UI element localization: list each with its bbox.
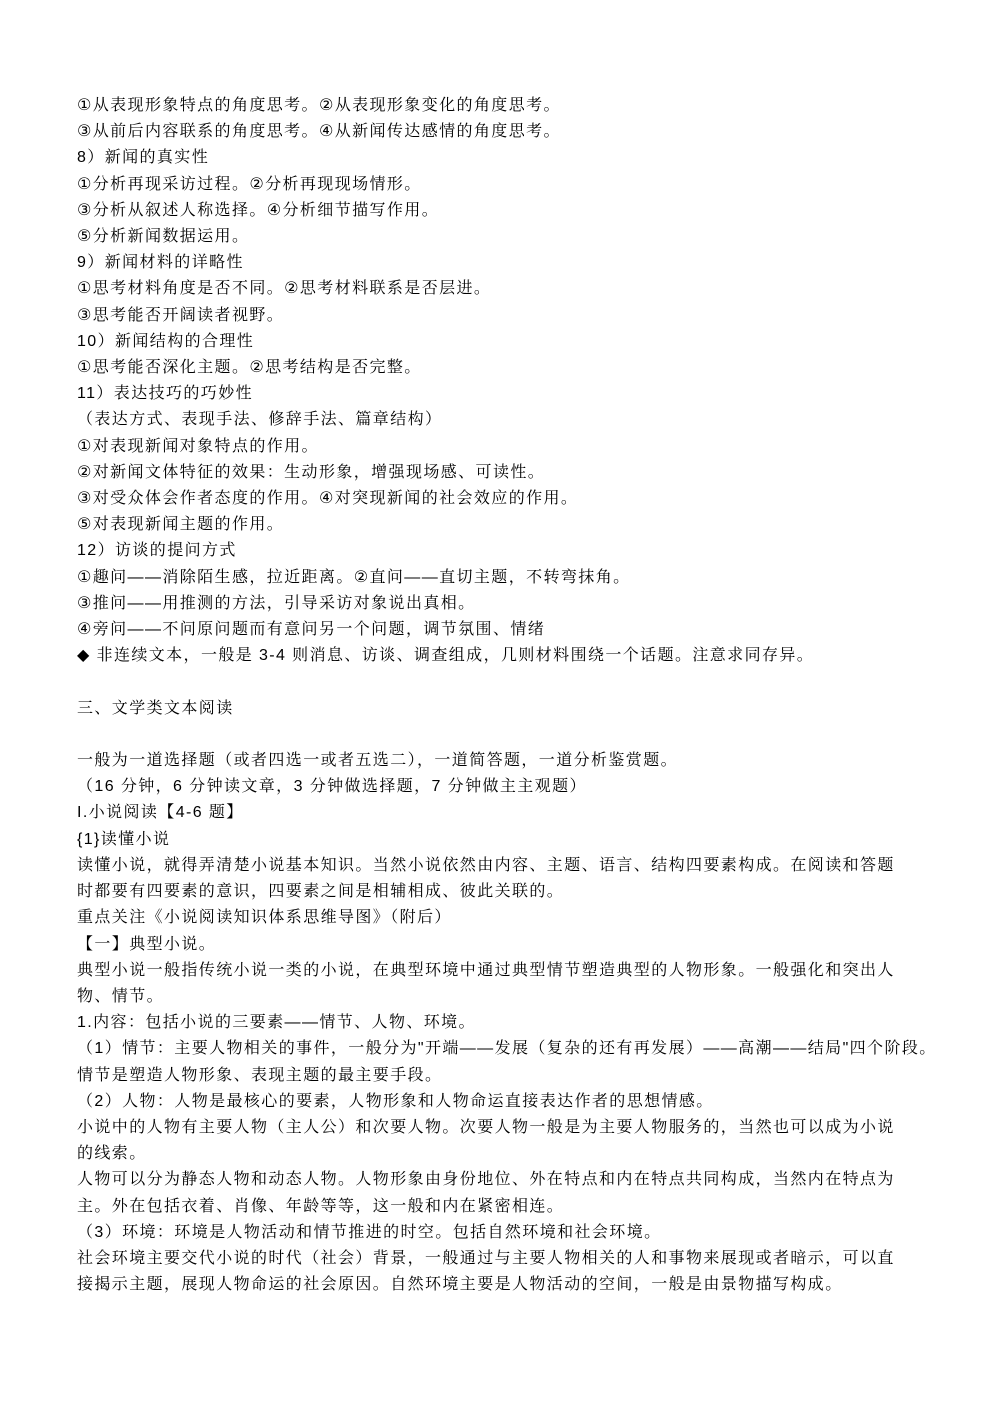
text-line: 三、文学类文本阅读 <box>77 696 962 722</box>
text-line: 典型小说一般指传统小说一类的小说，在典型环境中通过典型情节塑造典型的人物形象。一… <box>77 958 962 984</box>
text-line: 人物可以分为静态人物和动态人物。人物形象由身份地位、外在特点和内在特点共同构成，… <box>77 1167 962 1193</box>
text-line: ①分析再现采访过程。②分析再现现场情形。 <box>77 172 962 198</box>
text-line: ③分析从叙述人称选择。④分析细节描写作用。 <box>77 198 962 224</box>
text-line: （3）环境：环境是人物活动和情节推进的时空。包括自然环境和社会环境。 <box>77 1220 962 1246</box>
text-line: ①趣问——消除陌生感，拉近距离。②直问——直切主题，不转弯抹角。 <box>77 565 962 591</box>
text-line <box>77 722 962 748</box>
text-line: 9）新闻材料的详略性 <box>77 250 962 276</box>
text-line: 接揭示主题，展现人物命运的社会原因。自然环境主要是人物活动的空间，一般是由景物描… <box>77 1272 962 1298</box>
text-line: 【一】典型小说。 <box>77 932 962 958</box>
text-line: 物、情节。 <box>77 984 962 1010</box>
text-line: {1}读懂小说 <box>77 827 962 853</box>
text-line: ⑤对表现新闻主题的作用。 <box>77 512 962 538</box>
text-line: 10）新闻结构的合理性 <box>77 329 962 355</box>
text-line: ①对表现新闻对象特点的作用。 <box>77 434 962 460</box>
text-line: ③对受众体会作者态度的作用。④对突现新闻的社会效应的作用。 <box>77 486 962 512</box>
text-line: ③推问——用推测的方法，引导采访对象说出真相。 <box>77 591 962 617</box>
text-line: 1.内容：包括小说的三要素——情节、人物、环境。 <box>77 1010 962 1036</box>
text-line: 主。外在包括衣着、肖像、年龄等等，这一般和内在紧密相连。 <box>77 1194 962 1220</box>
text-line: 8）新闻的真实性 <box>77 145 962 171</box>
text-line: 时都要有四要素的意识，四要素之间是相辅相成、彼此关联的。 <box>77 879 962 905</box>
text-line: （16 分钟，6 分钟读文章，3 分钟做选择题，7 分钟做主主观题） <box>77 774 962 800</box>
text-line: （1）情节：主要人物相关的事件，一般分为"开端——发展（复杂的还有再发展）——高… <box>77 1036 962 1062</box>
text-line: 小说中的人物有主要人物（主人公）和次要人物。次要人物一般是为主要人物服务的，当然… <box>77 1115 962 1141</box>
text-line: 12）访谈的提问方式 <box>77 538 962 564</box>
text-line <box>77 669 962 695</box>
text-line: ⑤分析新闻数据运用。 <box>77 224 962 250</box>
text-line: I.小说阅读【4-6 题】 <box>77 800 962 826</box>
text-line: 社会环境主要交代小说的时代（社会）背景，一般通过与主要人物相关的人和事物来展现或… <box>77 1246 962 1272</box>
text-line: ◆ 非连续文本，一般是 3-4 则消息、访谈、调查组成，几则材料围绕一个话题。注… <box>77 643 962 669</box>
text-line: ④旁问——不问原问题而有意问另一个问题，调节氛围、情绪 <box>77 617 962 643</box>
text-line: ①从表现形象特点的角度思考。②从表现形象变化的角度思考。 <box>77 93 962 119</box>
text-line: （2）人物：人物是最核心的要素，人物形象和人物命运直接表达作者的思想情感。 <box>77 1089 962 1115</box>
text-line: 11）表达技巧的巧妙性 <box>77 381 962 407</box>
document-page: ①从表现形象特点的角度思考。②从表现形象变化的角度思考。③从前后内容联系的角度思… <box>0 0 992 1403</box>
text-line: 一般为一道选择题（或者四选一或者五选二），一道简答题，一道分析鉴赏题。 <box>77 748 962 774</box>
text-line: ①思考材料角度是否不同。②思考材料联系是否层进。 <box>77 276 962 302</box>
text-line: 重点关注《小说阅读知识体系思维导图》（附后） <box>77 905 962 931</box>
text-line: ①思考能否深化主题。②思考结构是否完整。 <box>77 355 962 381</box>
text-line: 情节是塑造人物形象、表现主题的最主要手段。 <box>77 1063 962 1089</box>
document-content: ①从表现形象特点的角度思考。②从表现形象变化的角度思考。③从前后内容联系的角度思… <box>77 93 962 1298</box>
text-line: ②对新闻文体特征的效果：生动形象，增强现场感、可读性。 <box>77 460 962 486</box>
text-line: 的线索。 <box>77 1141 962 1167</box>
text-line: 读懂小说，就得弄清楚小说基本知识。当然小说依然由内容、主题、语言、结构四要素构成… <box>77 853 962 879</box>
text-line: ③思考能否开阔读者视野。 <box>77 303 962 329</box>
text-line: （表达方式、表现手法、修辞手法、篇章结构） <box>77 407 962 433</box>
text-line: ③从前后内容联系的角度思考。④从新闻传达感情的角度思考。 <box>77 119 962 145</box>
